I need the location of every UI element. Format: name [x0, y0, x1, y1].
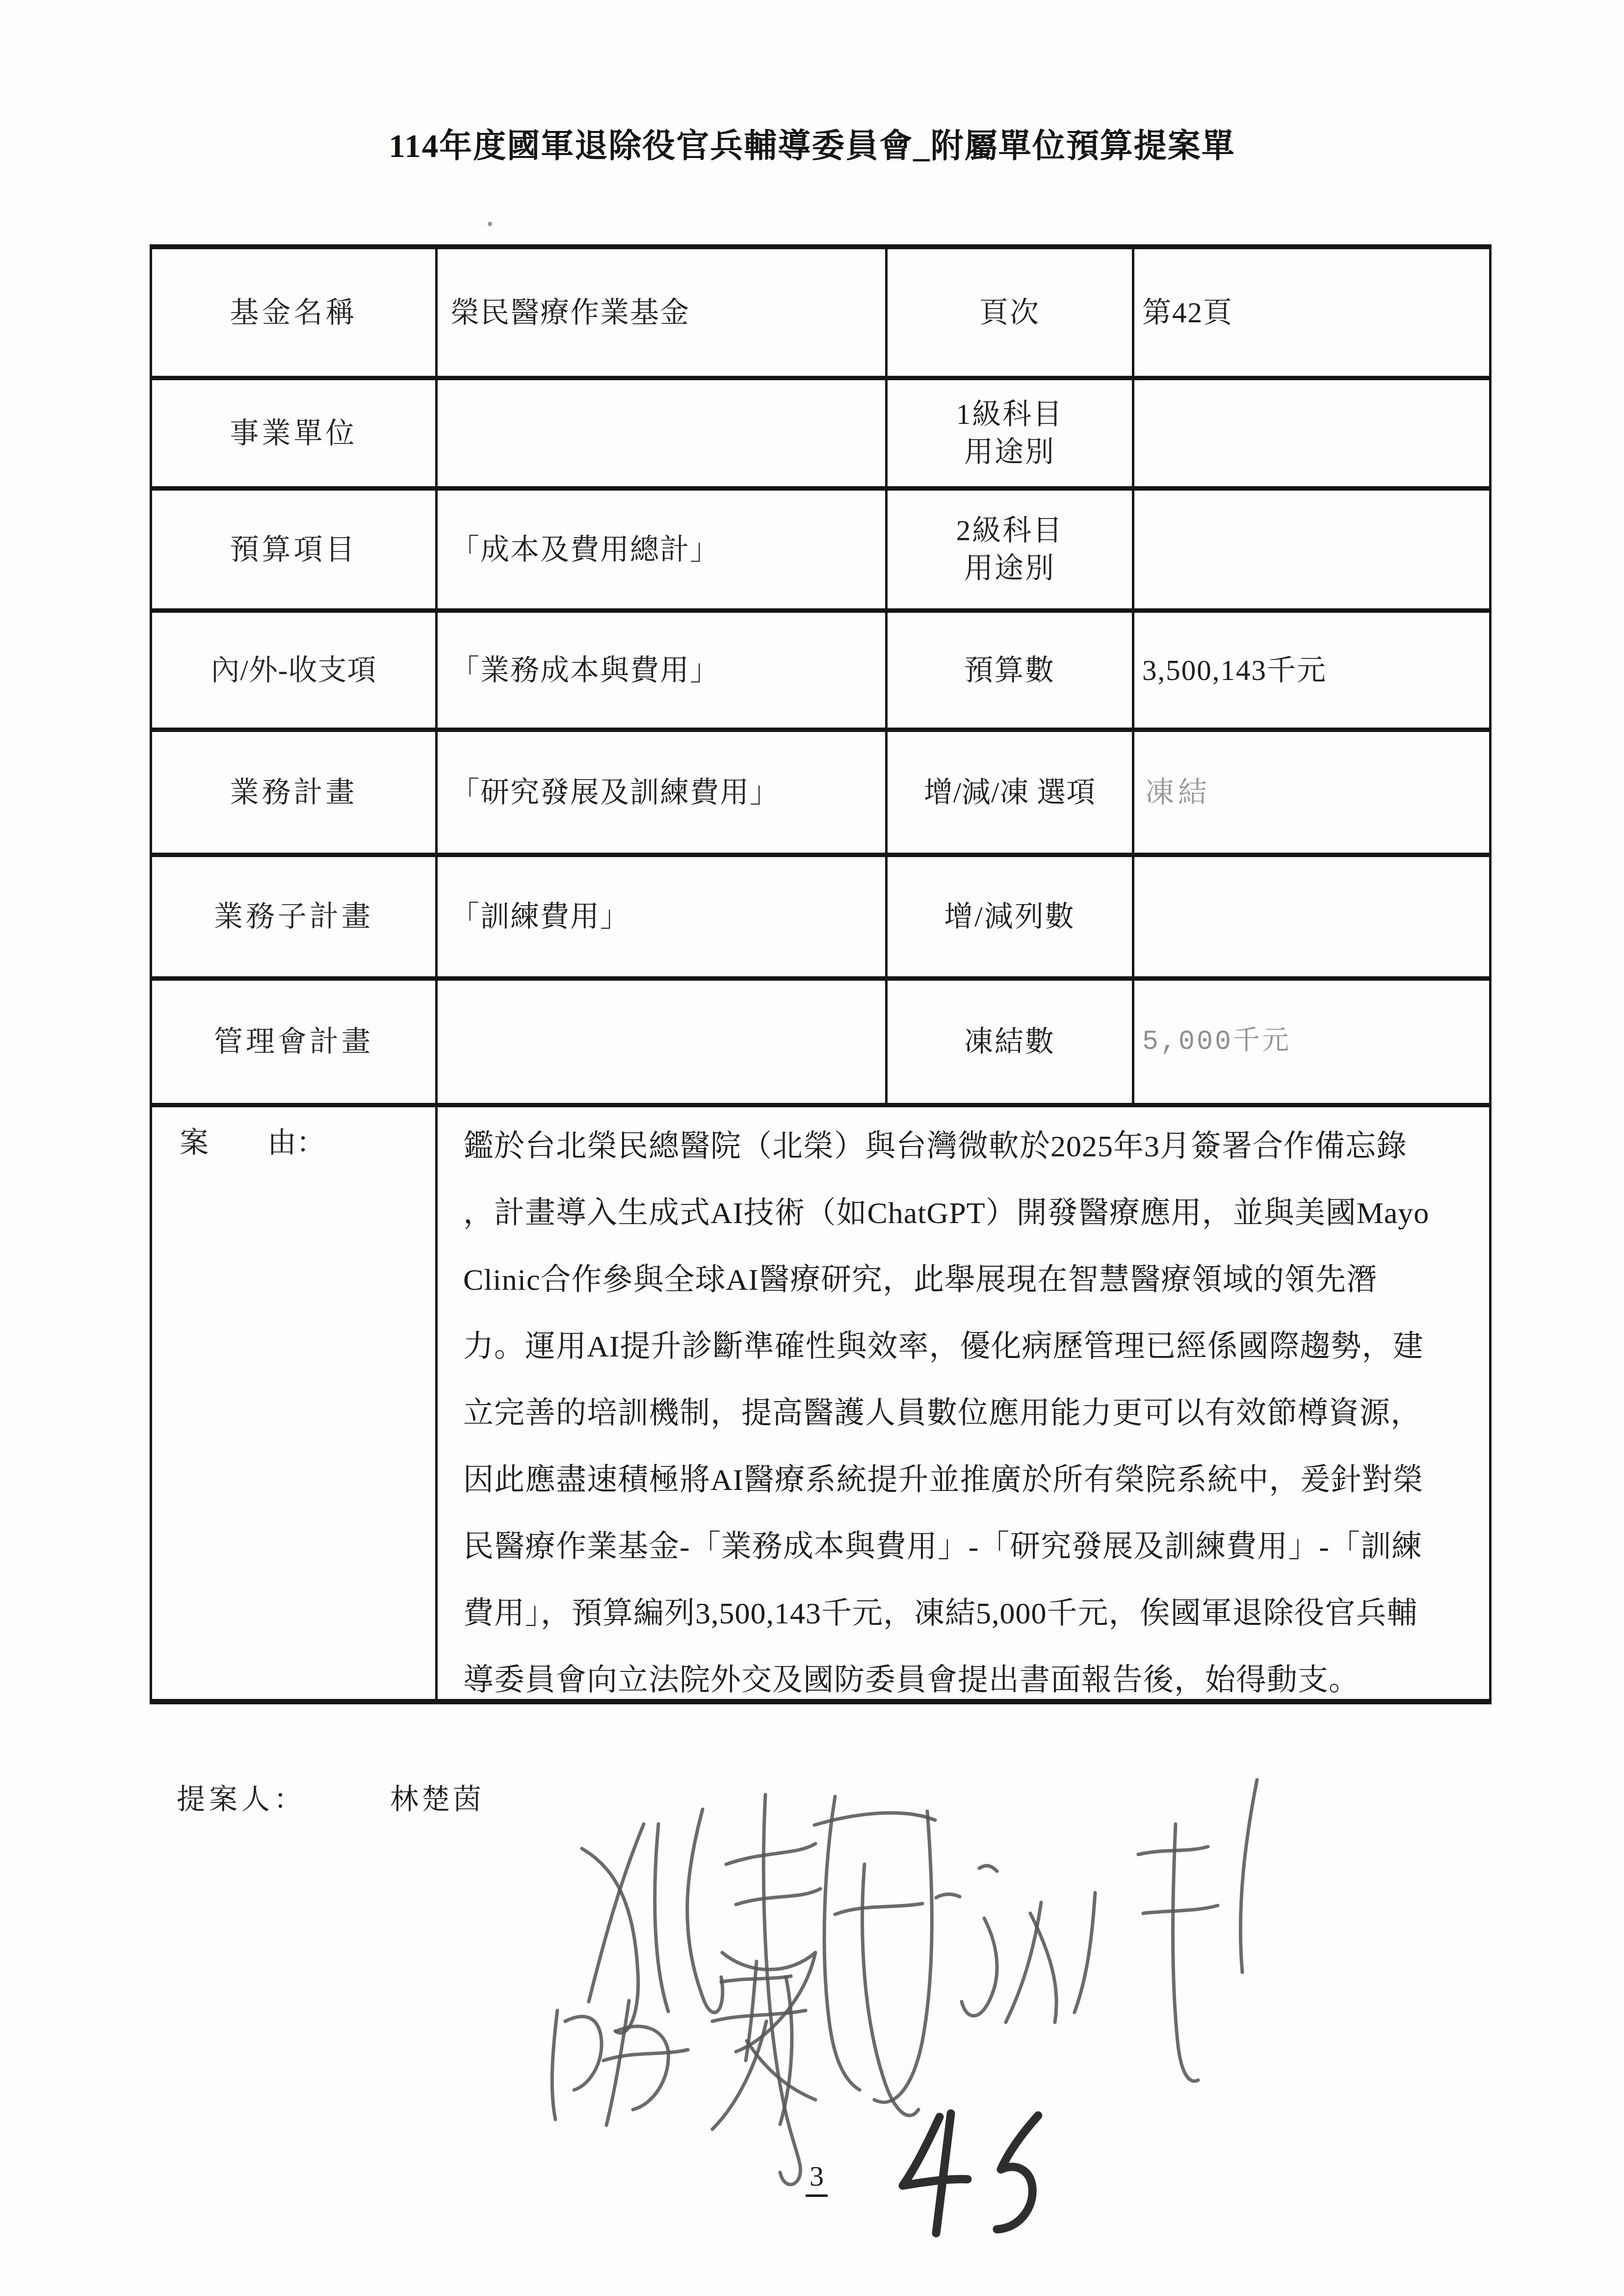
level2-subject-value — [1134, 491, 1489, 613]
case-reason-label-second: 由： — [267, 1124, 325, 1162]
signature-lin-stroke — [589, 1824, 644, 2002]
inc-dec-rows-value — [1134, 857, 1489, 981]
signature-chu-stroke — [736, 1889, 820, 1905]
level1-subject-value — [1134, 380, 1489, 491]
handwritten-4-stroke — [903, 2117, 968, 2186]
signature-2-stroke — [1143, 1905, 1218, 1913]
signature-2-stroke — [1006, 1903, 1041, 2022]
case-description-line: 立完善的培訓機制，提高醫護人員數位應用能力更可以有效節樽資源， — [463, 1380, 1474, 1447]
in-out-item-value: 「業務成本與費用」 — [438, 613, 888, 732]
handwritten-page-number — [893, 2105, 1060, 2252]
business-unit-label: 事業單位 — [152, 380, 438, 491]
fund-name-label: 基金名稱 — [152, 249, 438, 380]
printed-page-number: 3 — [806, 2160, 828, 2197]
page-title: 114年度國軍退除役官兵輔導委員會_附屬單位預算提案單 — [0, 120, 1624, 167]
signature-2-stroke — [1030, 1913, 1056, 2022]
signature-lin-stroke — [655, 1824, 668, 2011]
signature-2-stroke — [962, 1918, 997, 2016]
case-description-line: 民醫療作業基金-「業務成本與費用」-「研究發展及訓練費用」-「訓練 — [463, 1513, 1474, 1580]
signature-yin-stroke — [824, 1797, 860, 2090]
signature-yin-stroke — [835, 1904, 922, 1914]
handwritten-5-stroke — [997, 2115, 1038, 2229]
case-reason-label-first: 案 — [180, 1124, 209, 1162]
case-description: 鑑於台北榮民總醫院（北榮）與台灣微軟於2025年3月簽署合作備忘錄 ，計畫導入生… — [438, 1107, 1489, 1699]
business-subplan-label: 業務子計畫 — [152, 857, 438, 981]
signature-3-stroke — [603, 2050, 688, 2061]
business-plan-value: 「研究發展及訓練費用」 — [438, 732, 888, 857]
budget-amount-value: 3,500,143千元 — [1134, 613, 1489, 732]
signature-2-stroke — [979, 1866, 997, 1871]
page-index-value: 第42頁 — [1134, 249, 1489, 380]
case-description-line: ，計畫導入生成式AI技術（如ChatGPT）開發醫療應用，並與美國Mayo — [463, 1180, 1474, 1247]
case-description-line: Clinic合作參與全球AI醫療研究，此舉展現在智慧醫療領域的領先潛 — [463, 1247, 1474, 1313]
budget-proposal-table: 基金名稱 榮民醫療作業基金 頁次 第42頁 事業單位 1級科目 用途別 預算項目… — [150, 244, 1492, 1704]
signature-3-stroke — [565, 2016, 602, 2090]
signature-2-stroke — [1240, 1780, 1257, 1972]
case-description-line: 鑑於台北榮民總醫院（北榮）與台灣微軟於2025年3月簽署合作備忘錄 — [463, 1113, 1474, 1180]
frozen-amount-label: 凍結數 — [888, 981, 1134, 1107]
level2-subject-label: 2級科目 用途別 — [888, 491, 1134, 613]
freeze-option-value: 凍結 — [1134, 732, 1489, 857]
business-plan-label: 業務計畫 — [152, 732, 438, 857]
in-out-item-label: 內/外-收支項 — [152, 613, 438, 732]
business-subplan-value: 「訓練費用」 — [438, 857, 888, 981]
signature-3-stroke — [552, 2010, 557, 2119]
signature-lin-stroke — [687, 1809, 723, 2012]
proposer-label: 提案人： — [177, 1776, 306, 1817]
level1-subject-label: 1級科目 用途別 — [888, 380, 1134, 491]
signature-2-stroke — [1173, 1824, 1199, 2081]
case-reason-label: 案 由： — [152, 1107, 438, 1699]
page-index-label: 頁次 — [888, 249, 1134, 380]
handwritten-4-stroke — [936, 2113, 951, 2233]
management-plan-value — [438, 981, 888, 1107]
inc-dec-freeze-option-label: 增/減/凍 選項 — [888, 732, 1134, 857]
signature-2-stroke — [1074, 1893, 1095, 2012]
inc-dec-rows-label: 增/減列數 — [888, 857, 1134, 981]
signature-chu-stroke — [726, 1844, 815, 1864]
management-plan-label: 管理會計畫 — [152, 981, 438, 1107]
signature-yin-stroke — [874, 1811, 932, 2102]
proposer-name: 林楚茵 — [390, 1776, 484, 1817]
budget-item-value: 「成本及費用總計」 — [438, 491, 888, 613]
budget-item-label: 預算項目 — [152, 491, 438, 613]
case-description-line: 因此應盡速積極將AI醫療系統提升並推廣於所有榮院系統中，爰針對榮 — [463, 1447, 1474, 1513]
signature-3-stroke — [606, 2001, 629, 2125]
budget-amount-label: 預算數 — [888, 613, 1134, 732]
case-description-line: 力。運用AI提升診斷準確性與效率，優化病歷管理已經係國際趨勢，建 — [463, 1313, 1474, 1380]
case-description-line: 導委員會向立法院外交及國防委員會提出書面報告後，始得動支。 — [463, 1647, 1474, 1699]
frozen-amount-value: 5,000千元 — [1134, 981, 1489, 1107]
fund-name-value: 榮民醫療作業基金 — [438, 249, 888, 380]
scanned-budget-proposal-page: 114年度國軍退除役官兵輔導委員會_附屬單位預算提案單 基金名稱 榮民醫療作業基… — [0, 0, 1624, 2296]
signature-2-stroke — [936, 1894, 960, 1898]
case-description-line: 費用」，預算編列3,500,143千元，凍結5,000千元，俟國軍退除役官兵輔 — [463, 1580, 1474, 1647]
business-unit-value — [438, 380, 888, 491]
scan-artifact-dot — [488, 222, 492, 226]
